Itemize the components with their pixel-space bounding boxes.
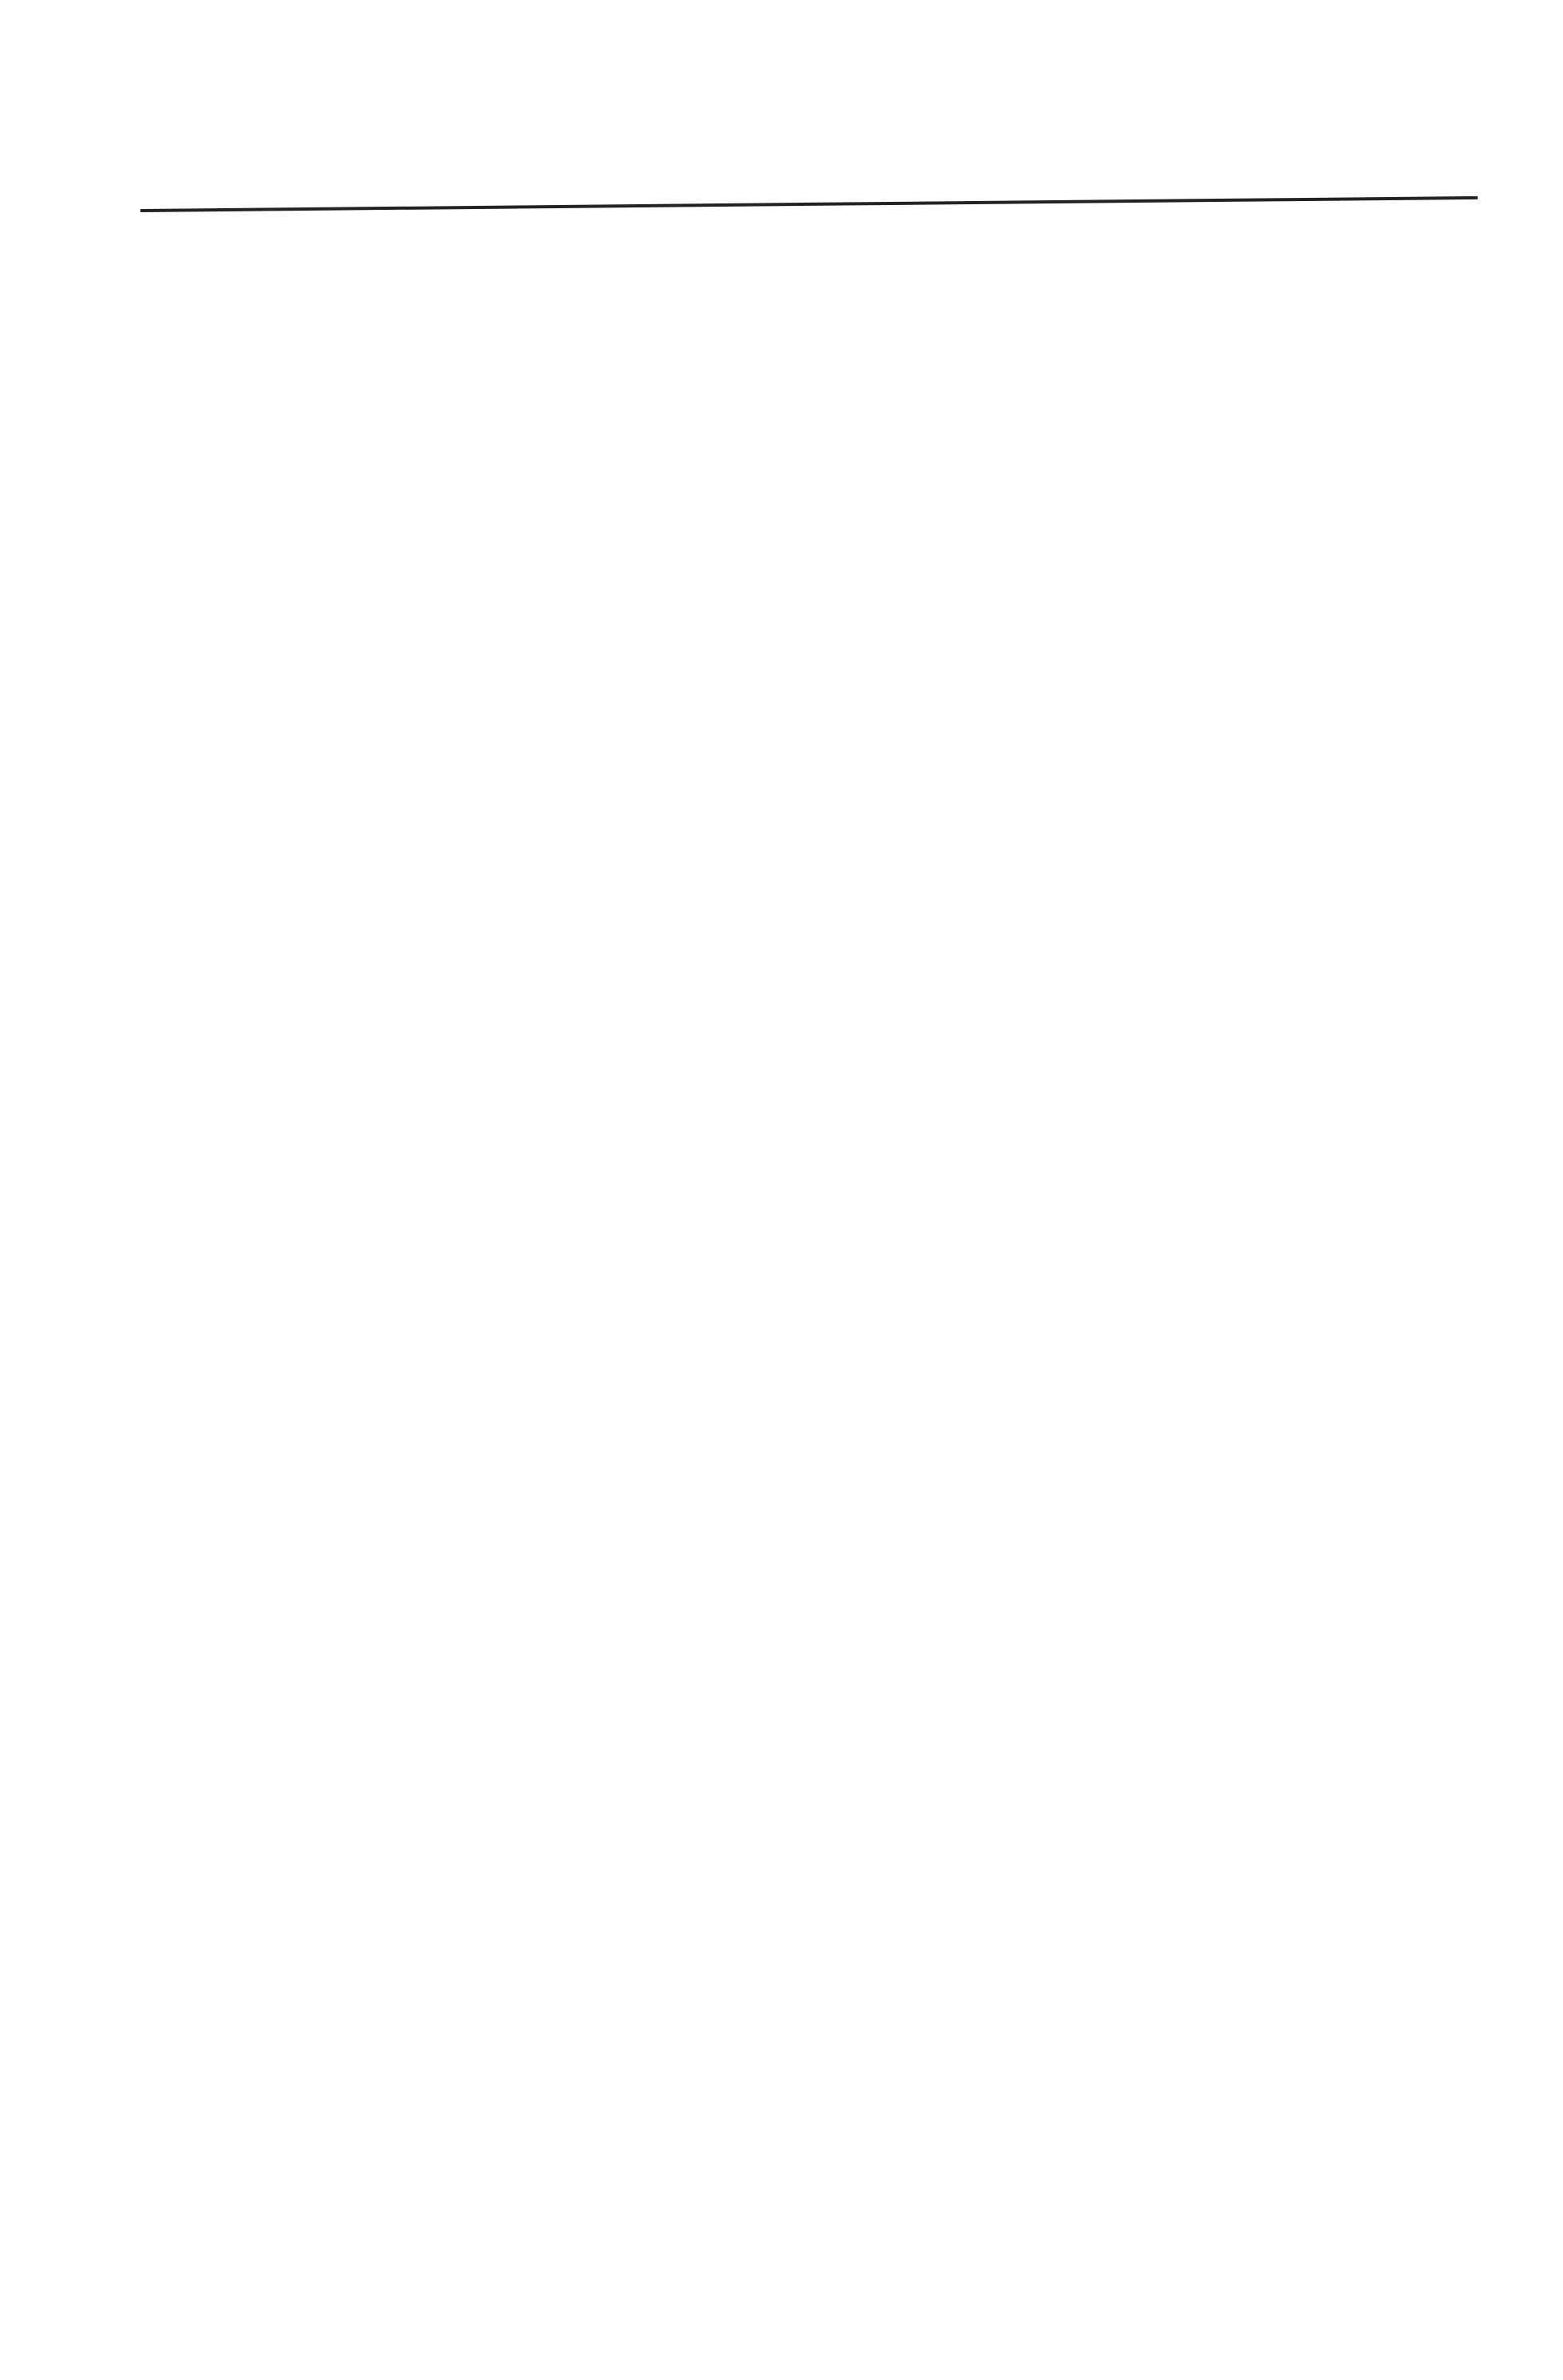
text-line (142, 1699, 764, 1731)
text-line (142, 314, 764, 345)
text-line (142, 593, 764, 625)
text-line (142, 1241, 764, 1273)
literature-line (142, 960, 764, 985)
text-line (142, 1968, 764, 1999)
text-line (142, 708, 764, 740)
text-line (142, 1891, 764, 1923)
text-line (142, 784, 764, 816)
text-line (142, 1661, 764, 1693)
text-line (142, 1165, 764, 1197)
text-line (142, 1585, 764, 1616)
text-line (142, 1508, 764, 1540)
text-line (142, 352, 764, 384)
literature-line (142, 934, 764, 960)
text-line (142, 1814, 764, 1846)
text-line (142, 1203, 764, 1235)
text-line (142, 275, 764, 307)
text-line (142, 823, 764, 855)
text-line (142, 746, 764, 778)
works-line (142, 866, 764, 891)
literature-line (142, 1391, 764, 1417)
literature-line (142, 495, 764, 520)
text-line (142, 631, 764, 663)
text-line (142, 1127, 764, 1158)
text-line (142, 1050, 764, 1082)
text-line (142, 669, 764, 701)
header-rule (140, 196, 1478, 212)
works-line (142, 437, 764, 463)
text-line (142, 390, 764, 422)
text-line (142, 1470, 764, 1502)
text-line (142, 1280, 764, 1312)
text-line (142, 2006, 764, 2038)
text-line (142, 1012, 764, 1044)
text-line (142, 1088, 764, 1120)
text-line (142, 1776, 764, 1808)
text-line (142, 555, 764, 586)
literature-line (142, 472, 764, 497)
text-line (142, 1356, 764, 1388)
text-line (142, 1623, 764, 1655)
text-line (142, 1853, 764, 1885)
text-line (142, 1318, 764, 1350)
works-line (142, 891, 764, 917)
text-line (142, 1929, 764, 1961)
literature-line (142, 1417, 764, 1443)
text-line (142, 1546, 764, 1578)
text-line (142, 2044, 764, 2076)
text-line (142, 1738, 764, 1770)
